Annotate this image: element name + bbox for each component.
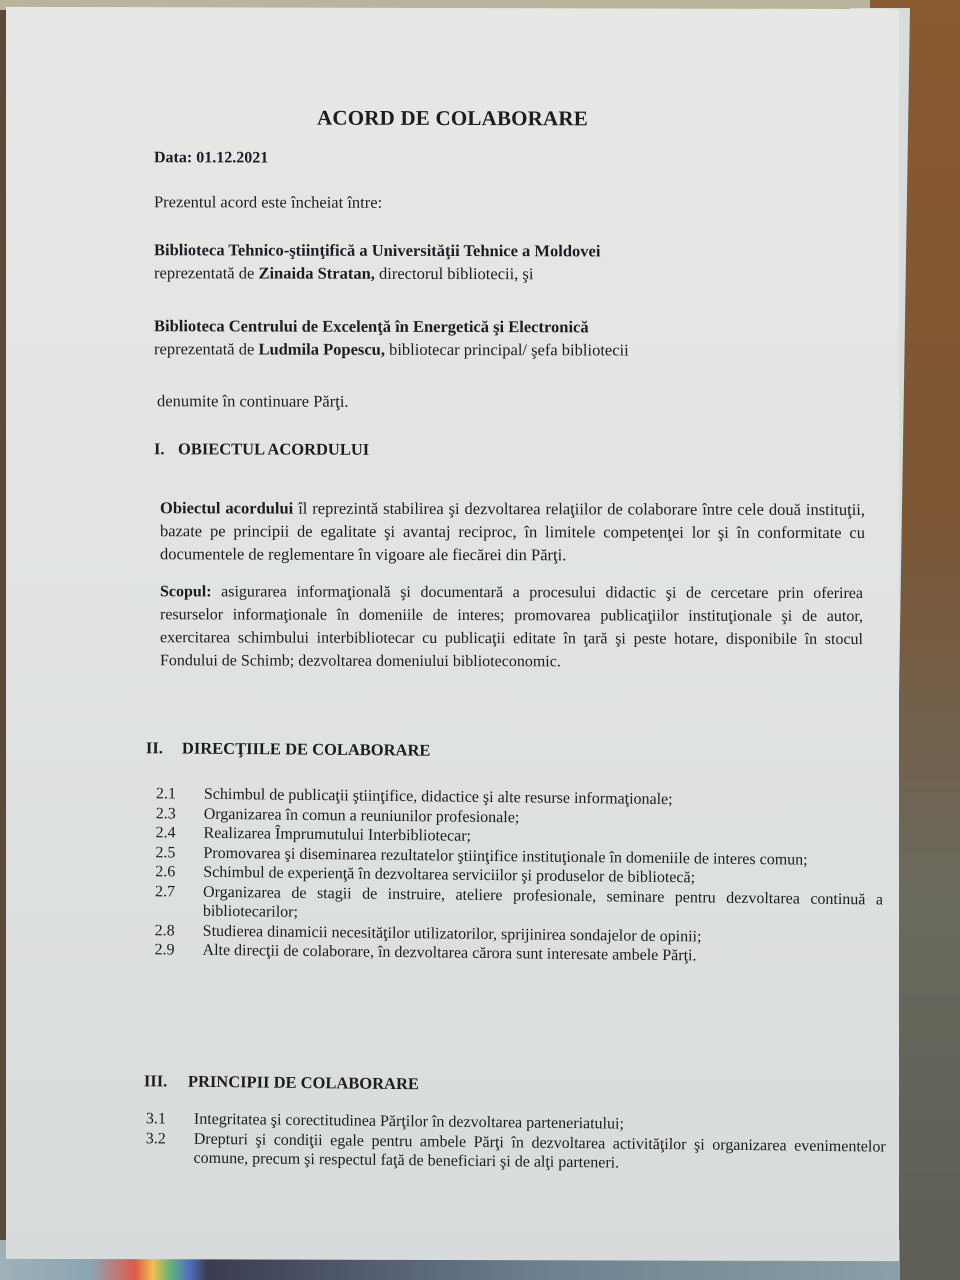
parties-note: denumite în continuare Părţi. [157, 391, 349, 412]
item-number: 2.1 [156, 784, 204, 804]
list-item: 3.2Drepturi şi condiţii egale pentru amb… [145, 1129, 885, 1176]
section2-heading: II.DIRECŢIILE DE COLABORARE [146, 738, 431, 760]
item-number: 2.4 [155, 823, 203, 843]
party1-representative: reprezentată de Zinaida Stratan, directo… [154, 263, 533, 284]
item-number: 2.9 [154, 940, 202, 960]
principles-list: 3.1Integritatea şi corectitudinea Părţil… [145, 1109, 885, 1176]
item-number: 2.8 [155, 921, 203, 941]
item-number: 3.2 [145, 1129, 193, 1169]
item-number: 2.7 [155, 882, 203, 922]
item-number: 2.6 [155, 862, 203, 882]
party2-representative: reprezentată de Ludmila Popescu, bibliot… [154, 339, 629, 360]
section1-heading: I.OBIECTUL ACORDULUI [154, 439, 369, 460]
scope-paragraph: Scopul: asigurarea informaţională şi doc… [160, 580, 863, 674]
party2-name: Biblioteca Centrului de Excelenţă în Ene… [154, 316, 589, 337]
item-text: Drepturi şi condiţii egale pentru ambele… [193, 1129, 885, 1176]
item-number: 2.5 [155, 843, 203, 863]
party1-name: Biblioteca Tehnico-ştiinţifică a Univers… [154, 240, 600, 261]
document-date: Data: 01.12.2021 [154, 148, 268, 168]
item-number: 3.1 [146, 1109, 194, 1129]
item-number: 2.3 [156, 804, 204, 824]
document-page: ACORD DE COLABORARE Data: 01.12.2021 Pre… [6, 7, 899, 1261]
document-title: ACORD DE COLABORARE [6, 105, 899, 132]
party2-rep-name: Ludmila Popescu, [258, 339, 385, 358]
section3-heading: III.PRINCIPII DE COLABORARE [144, 1071, 419, 1094]
directions-list: 2.1Schimbul de publicaţii ştiinţifice, d… [154, 784, 884, 968]
party1-rep-name: Zinaida Stratan, [258, 263, 374, 282]
intro-text: Prezentul acord este încheiat între: [154, 192, 382, 213]
objective-paragraph: Obiectul acordului îl reprezintă stabili… [160, 496, 865, 567]
